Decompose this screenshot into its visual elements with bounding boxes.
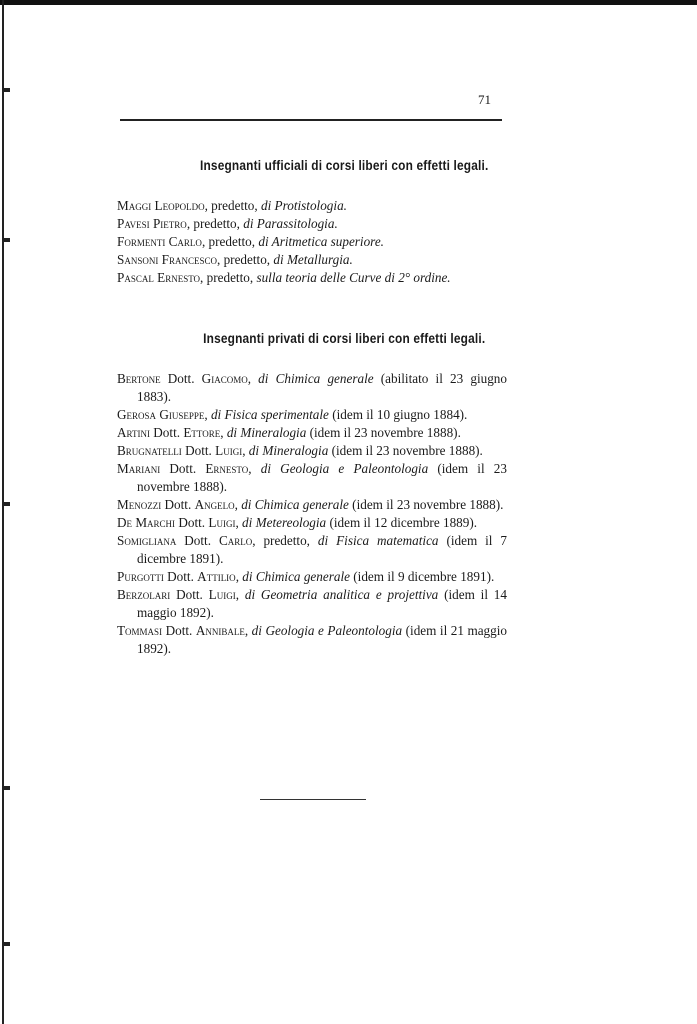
list-item: Somigliana Dott. Carlo, predetto, di Fis… <box>117 532 507 568</box>
list-item: Pavesi Pietro, predetto, di Parassitolog… <box>117 215 507 233</box>
teacher-given-name: Luigi <box>215 443 242 458</box>
title-text: , predetto, <box>187 216 243 231</box>
title-text: Dott. <box>176 533 219 548</box>
course-subject: di Chimica generale <box>241 497 349 512</box>
teacher-given-name: Luigi <box>209 587 236 602</box>
list-item: Artini Dott. Ettore, di Mineralogia (ide… <box>117 424 507 442</box>
teacher-surname: Maggi Leopoldo <box>117 198 205 213</box>
scan-edge-mark <box>2 942 10 946</box>
teacher-surname: Gerosa Giuseppe <box>117 407 204 422</box>
scan-edge-mark <box>2 502 10 506</box>
title-text: Dott. <box>170 587 208 602</box>
scan-left-border <box>2 0 4 1024</box>
list-item: Formenti Carlo, predetto, di Aritmetica … <box>117 233 507 251</box>
teacher-surname: Brugnatelli <box>117 443 182 458</box>
separator: , <box>242 443 249 458</box>
course-subject: di Chimica generale <box>242 569 350 584</box>
course-subject: di Chimica generale <box>258 371 373 386</box>
separator: , <box>245 623 252 638</box>
course-subject: di Mineralogia <box>227 425 307 440</box>
list-item: Pascal Ernesto, predetto, sulla teoria d… <box>117 269 507 287</box>
qualification-note: (idem il 12 dicembre 1889). <box>326 515 477 530</box>
title-text: , predetto, <box>202 234 258 249</box>
section-title-private: Insegnanti privati di corsi liberi con e… <box>38 331 651 346</box>
teacher-surname: Somigliana <box>117 533 176 548</box>
teacher-given-name: Giacomo <box>202 371 248 386</box>
teacher-surname: Pascal Ernesto <box>117 270 200 285</box>
list-item: Maggi Leopoldo, predetto, di Protistolog… <box>117 197 507 215</box>
course-subject: di Fisica matematica <box>318 533 439 548</box>
course-subject: di Protistologia. <box>261 198 347 213</box>
course-subject: sulla teoria delle Curve di 2° ordine. <box>256 270 450 285</box>
teacher-surname: Berzolari <box>117 587 170 602</box>
course-subject: di Aritmetica superiore. <box>258 234 384 249</box>
qualification-note: (idem il 23 novembre 1888). <box>306 425 461 440</box>
course-subject: di Metereologia <box>242 515 326 530</box>
teacher-surname: Pavesi Pietro <box>117 216 187 231</box>
teacher-given-name: Ettore <box>183 425 220 440</box>
title-text: Dott. <box>164 569 197 584</box>
title-text: Dott. <box>161 497 194 512</box>
course-subject: di Mineralogia <box>249 443 329 458</box>
qualification-note: (idem il 10 giugno 1884). <box>329 407 467 422</box>
title-text: , predetto, <box>217 252 273 267</box>
title-text: Dott. <box>150 425 183 440</box>
teacher-surname: Artini <box>117 425 150 440</box>
course-subject: di Metallurgia. <box>273 252 352 267</box>
qualification-note: (idem il 23 novembre 1888). <box>349 497 504 512</box>
list-item: Brugnatelli Dott. Luigi, di Mineralogia … <box>117 442 507 460</box>
scan-top-border <box>0 0 697 5</box>
list-item: Tommasi Dott. Annibale, di Geologia e Pa… <box>117 622 507 658</box>
teacher-surname: Sansoni Francesco <box>117 252 217 267</box>
teacher-surname: Purgotti <box>117 569 164 584</box>
teacher-surname: Mariani <box>117 461 160 476</box>
list-item: Menozzi Dott. Angelo, di Chimica general… <box>117 496 507 514</box>
teacher-given-name: Annibale <box>196 623 245 638</box>
separator: , <box>204 407 211 422</box>
separator: , predetto, <box>252 533 318 548</box>
teacher-surname: Tommasi <box>117 623 162 638</box>
teacher-given-name: Carlo <box>219 533 252 548</box>
list-item: Berzolari Dott. Luigi, di Geometria anal… <box>117 586 507 622</box>
list-item: Bertone Dott. Giacomo, di Chimica genera… <box>117 370 507 406</box>
teacher-surname: Formenti Carlo <box>117 234 202 249</box>
section-title-official: Insegnanti ufficiali di corsi liberi con… <box>38 158 651 173</box>
course-subject: di Fisica sperimentale <box>211 407 329 422</box>
teacher-surname: Menozzi <box>117 497 161 512</box>
separator: , <box>248 461 260 476</box>
footer-rule <box>260 799 366 800</box>
course-subject: di Geometria analitica e projettiva <box>245 587 438 602</box>
title-text: Dott. <box>182 443 215 458</box>
list-item: Gerosa Giuseppe, di Fisica sperimentale … <box>117 406 507 424</box>
separator: , <box>248 371 258 386</box>
scan-edge-mark <box>2 88 10 92</box>
official-teachers-list: Maggi Leopoldo, predetto, di Protistolog… <box>117 197 507 287</box>
list-item: De Marchi Dott. Luigi, di Metereologia (… <box>117 514 507 532</box>
title-text: , predetto, <box>200 270 256 285</box>
scan-edge-mark <box>2 238 10 242</box>
teacher-given-name: Luigi <box>208 515 235 530</box>
title-text: Dott. <box>175 515 208 530</box>
course-subject: di Parassitologia. <box>243 216 338 231</box>
teacher-surname: De Marchi <box>117 515 175 530</box>
header-rule <box>120 119 502 121</box>
title-text: Dott. <box>160 461 205 476</box>
private-teachers-list: Bertone Dott. Giacomo, di Chimica genera… <box>117 370 507 658</box>
teacher-given-name: Angelo <box>195 497 235 512</box>
title-text: Dott. <box>162 623 196 638</box>
page-number: 71 <box>478 92 491 108</box>
qualification-note: (idem il 9 dicembre 1891). <box>350 569 494 584</box>
course-subject: di Geologia e Paleontologia <box>261 461 428 476</box>
teacher-surname: Bertone <box>117 371 161 386</box>
list-item: Purgotti Dott. Attilio, di Chimica gener… <box>117 568 507 586</box>
teacher-given-name: Ernesto <box>205 461 248 476</box>
title-text: Dott. <box>161 371 202 386</box>
separator: , <box>220 425 227 440</box>
list-item: Mariani Dott. Ernesto, di Geologia e Pal… <box>117 460 507 496</box>
list-item: Sansoni Francesco, predetto, di Metallur… <box>117 251 507 269</box>
teacher-given-name: Attilio <box>197 569 236 584</box>
qualification-note: (idem il 23 novembre 1888). <box>328 443 483 458</box>
title-text: , predetto, <box>205 198 261 213</box>
separator: , <box>236 587 245 602</box>
scan-edge-mark <box>2 786 10 790</box>
course-subject: di Geologia e Paleontologia <box>252 623 402 638</box>
